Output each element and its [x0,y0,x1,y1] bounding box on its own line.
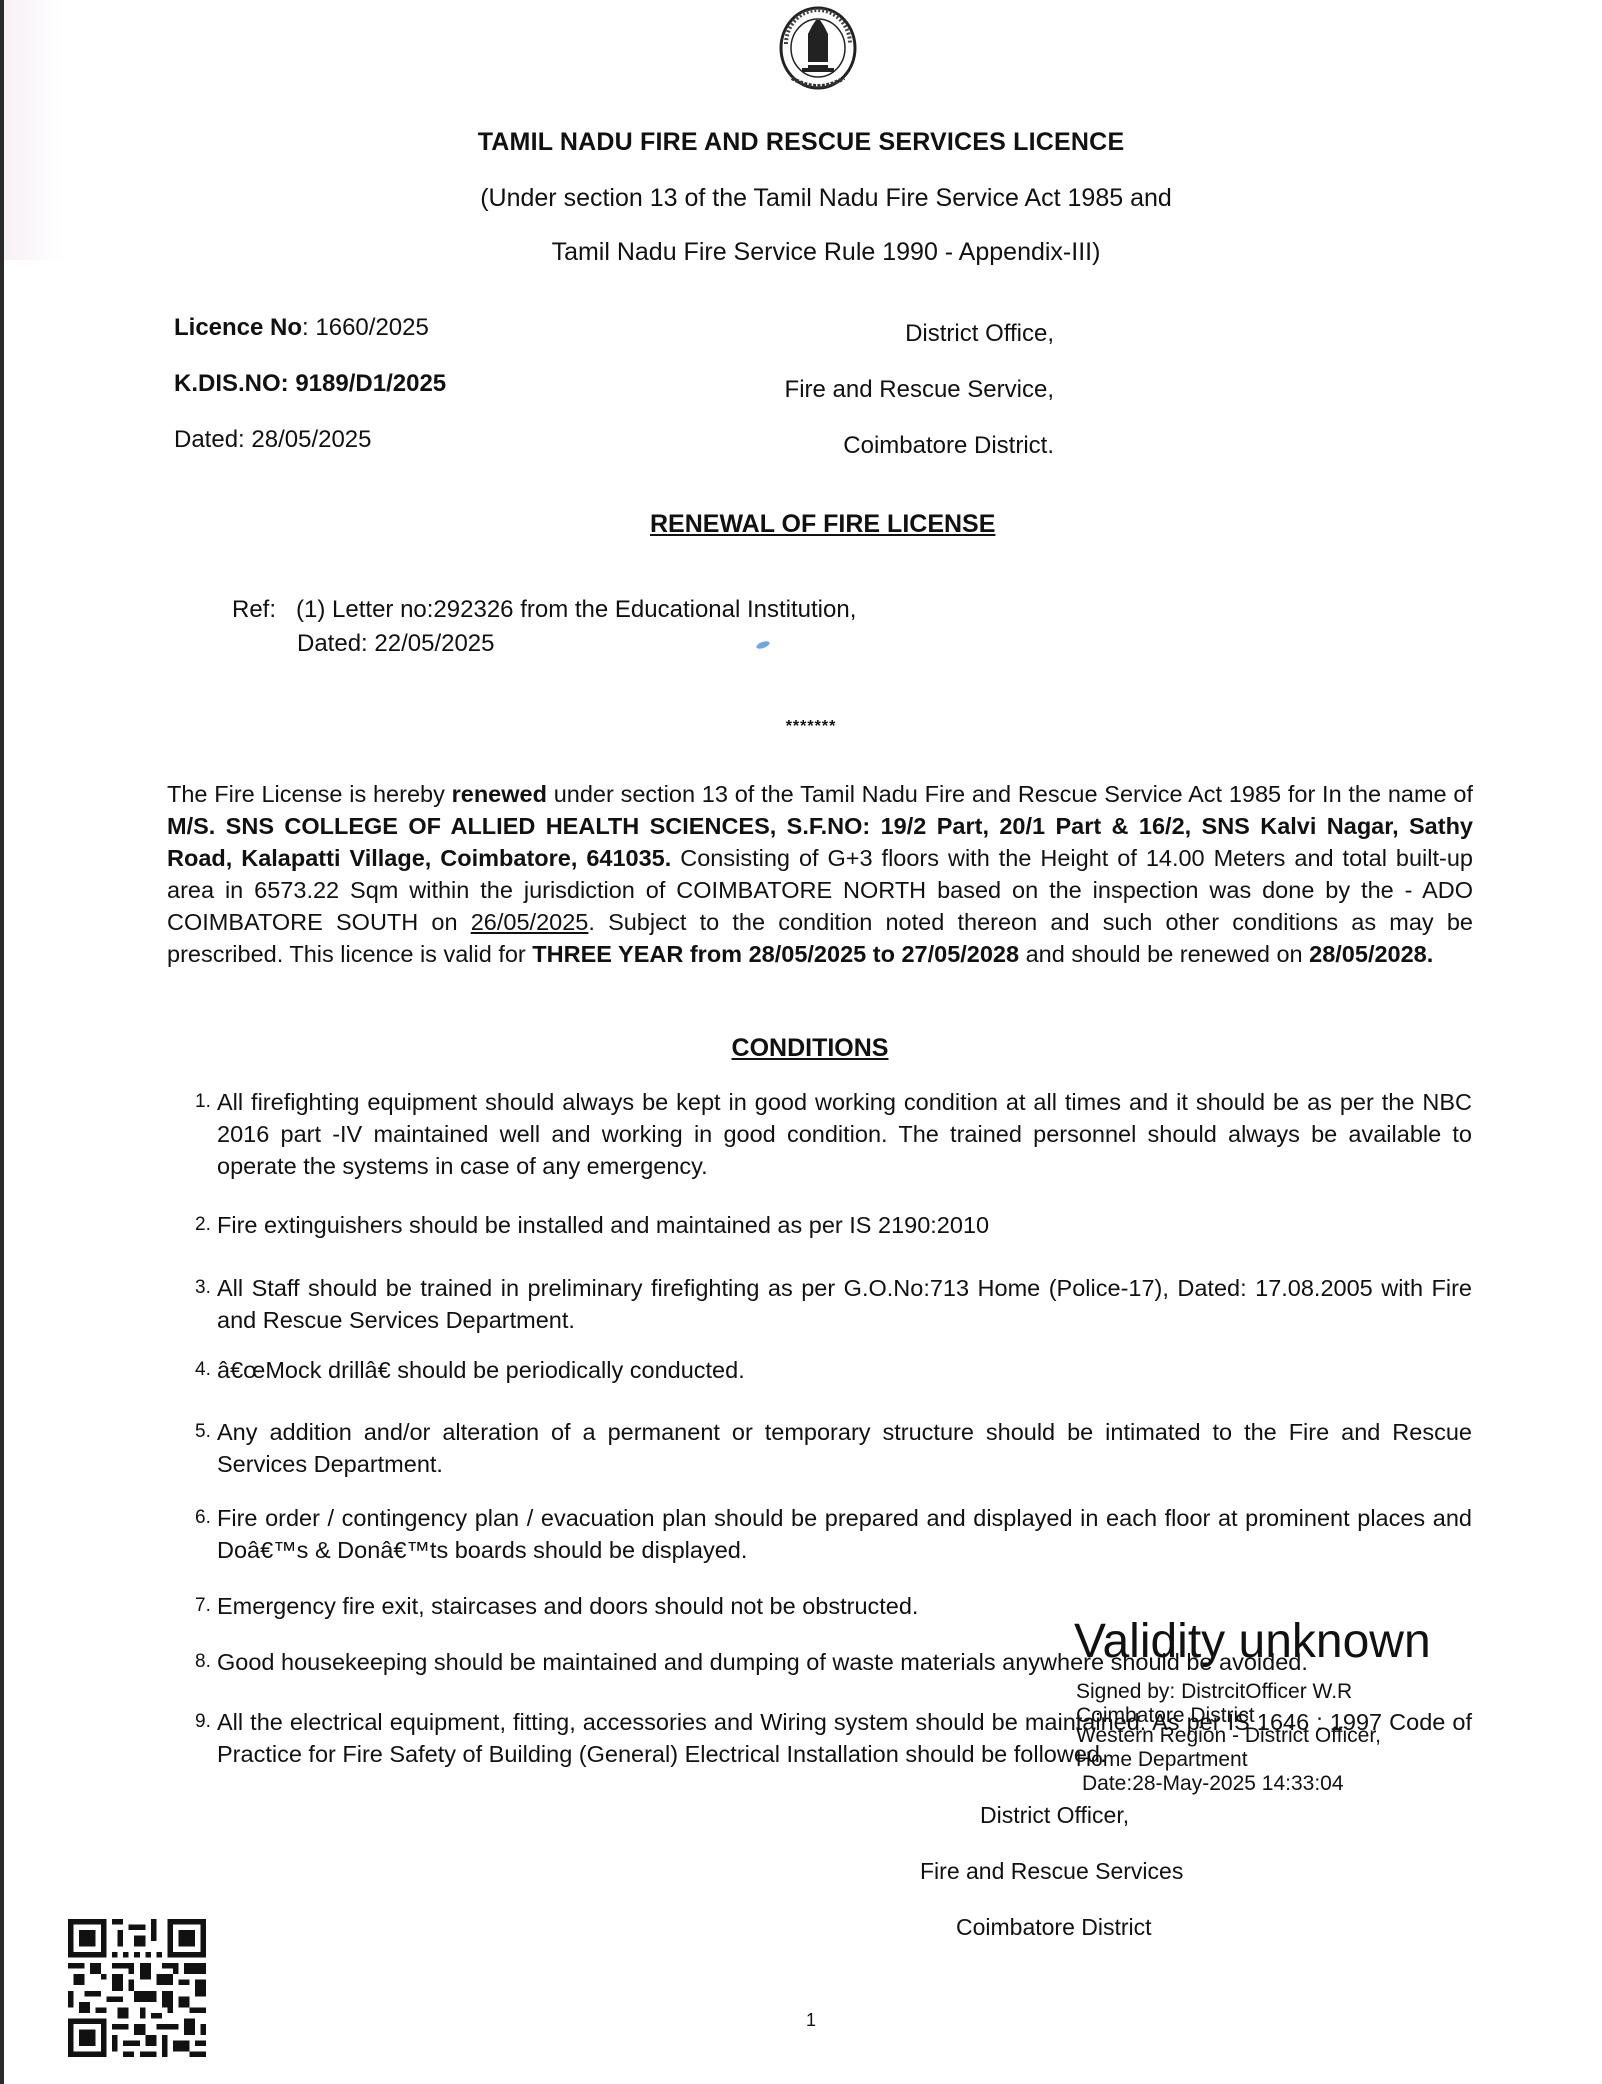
signatory-line1: District Officer, [980,1802,1129,1829]
condition-item: 2.Fire extinguishers should be installed… [195,1209,1472,1241]
condition-text: Any addition and/or alteration of a perm… [217,1419,1472,1477]
ink-mark [755,640,770,650]
licence-number-value: : 1660/2025 [302,314,429,341]
kdis-number: K.DIS.NO: 9189/D1/2025 [174,370,446,398]
section-heading: RENEWAL OF FIRE LICENSE [650,510,995,539]
condition-item: 6.Fire order / contingency plan / evacua… [195,1502,1472,1566]
office-line1: District Office, [905,320,1054,348]
tamil-nadu-emblem-icon [778,4,858,96]
licence-number: Licence No: 1660/2025 [174,314,429,342]
condition-number: 3. [195,1272,211,1304]
separator: ******* [0,718,1602,736]
document-subtitle-line1: (Under section 13 of the Tamil Nadu Fire… [0,184,1602,213]
page-number: 1 [806,2010,816,2031]
reference-date: Dated: 22/05/2025 [297,630,495,658]
condition-item: 1.All firefighting equipment should alwa… [195,1086,1472,1182]
signature-line3: Western Region - District Officer, [1076,1724,1381,1748]
reference-label: Ref: [232,596,276,623]
validity-period: THREE YEAR from 28/05/2025 to 27/05/2028 [532,941,1019,967]
body-text: and should be renewed on [1019,941,1309,967]
licence-date: Dated: 28/05/2025 [174,426,372,454]
condition-number: 9. [195,1706,211,1738]
condition-text: Emergency fire exit, staircases and door… [217,1593,918,1619]
reference: Ref: (1) Letter no:292326 from the Educa… [232,596,856,624]
renewal-date: 28/05/2028. [1309,941,1433,967]
condition-number: 1. [195,1086,211,1118]
licence-number-label: Licence No [174,314,302,341]
office-line3: Coimbatore District. [843,432,1054,460]
document-title: TAMIL NADU FIRE AND RESCUE SERVICES LICE… [0,128,1602,157]
condition-number: 8. [195,1646,211,1678]
office-line2: Fire and Rescue Service, [785,376,1054,404]
condition-item: 4.â€œMock drillâ€ should be periodically… [195,1354,1472,1386]
condition-number: 7. [195,1590,211,1622]
condition-item: 5.Any addition and/or alteration of a pe… [195,1416,1472,1480]
signature-date: Date:28-May-2025 14:33:04 [1082,1772,1344,1796]
condition-text: Fire order / contingency plan / evacuati… [217,1505,1472,1563]
qr-code-icon[interactable] [68,1918,206,2058]
signature-line4: Home Department [1076,1748,1248,1772]
conditions-heading: CONDITIONS [0,1034,1602,1063]
licence-body-paragraph: The Fire License is hereby renewed under… [167,778,1473,970]
condition-text: All Staff should be trained in prelimina… [217,1275,1472,1333]
condition-text: Fire extinguishers should be installed a… [217,1212,989,1238]
signature-signed-by: Signed by: DistrcitOfficer W.R [1076,1680,1352,1704]
condition-number: 4. [195,1354,211,1386]
condition-number: 2. [195,1209,211,1241]
signatory-line3: Coimbatore District [956,1914,1152,1941]
condition-number: 5. [195,1416,211,1448]
condition-number: 6. [195,1502,211,1534]
signature-validity-status: Validity unknown [1074,1614,1431,1669]
signatory-line2: Fire and Rescue Services [920,1858,1183,1885]
body-bold-renewed: renewed [452,781,547,807]
body-text: under section 13 of the Tamil Nadu Fire … [547,781,1473,807]
document-subtitle-line2: Tamil Nadu Fire Service Rule 1990 - Appe… [0,238,1602,267]
condition-item: 3.All Staff should be trained in prelimi… [195,1272,1472,1336]
condition-text: All firefighting equipment should always… [217,1089,1472,1179]
condition-text: â€œMock drillâ€ should be periodically c… [217,1357,745,1383]
body-text: The Fire License is hereby [167,781,452,807]
reference-text: (1) Letter no:292326 from the Educationa… [296,596,856,623]
inspection-date: 26/05/2025 [471,909,589,935]
